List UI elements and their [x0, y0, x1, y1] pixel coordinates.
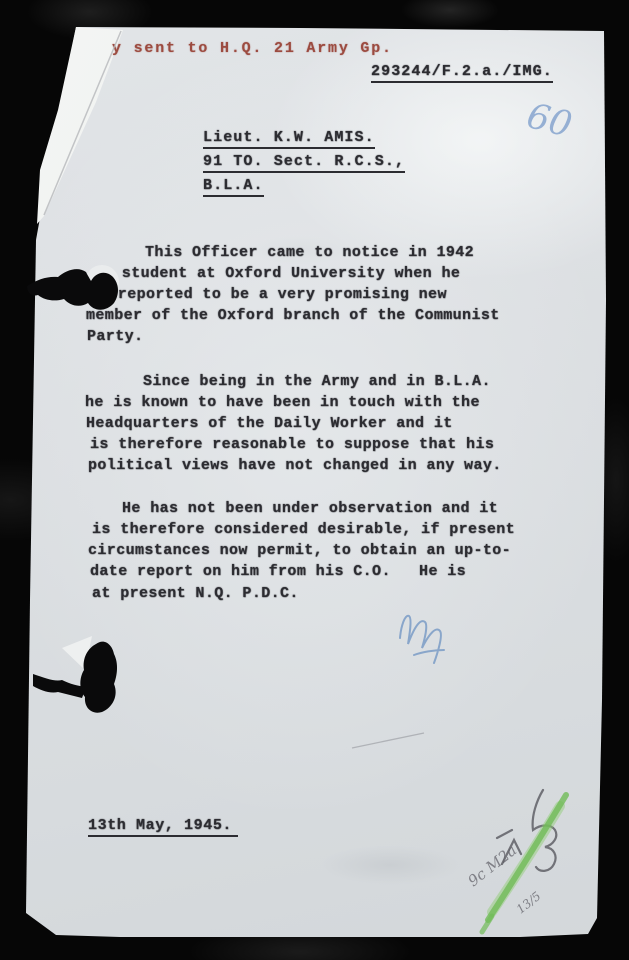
para-2-line-1: Since being in the Army and in B.L.A. — [143, 373, 491, 390]
para-1-line-3: s reported to be a very promising new — [99, 286, 447, 303]
para-3-line-3: circumstances now permit, to obtain an u… — [88, 542, 511, 559]
para-2-line-2: he is known to have been in touch with t… — [85, 394, 480, 411]
file-reference: 293244/F.2.a./IMG. — [371, 63, 553, 80]
copy-line: y sent to H.Q. 21 Army Gp. — [112, 40, 393, 57]
addressee-name: Lieut. K.W. AMIS. — [203, 129, 375, 146]
para-1-line-4: member of the Oxford branch of the Commu… — [86, 307, 500, 324]
addressee-unit: 91 TO. Sect. R.C.S., — [203, 153, 405, 170]
para-3-line-2: is therefore considered desirable, if pr… — [92, 521, 515, 538]
para-3-line-5: at present N.Q. P.D.C. — [92, 585, 299, 602]
para-1-line-2: a student at Oxford University when he — [103, 265, 460, 282]
para-1-line-5: Party. — [87, 328, 143, 345]
file-reference-text: 293244/F.2.a./IMG. — [371, 63, 553, 83]
para-3-line-1: He has not been under observation and it — [122, 500, 498, 517]
para-3-line-4: date report on him from his C.O. He is — [90, 563, 466, 580]
para-2-line-4: is therefore reasonable to suppose that … — [90, 436, 494, 453]
para-2-line-5: political views have not changed in any … — [88, 457, 502, 474]
date-line: 13th May, 1945. — [88, 817, 238, 834]
para-2-line-3: Headquarters of the Daily Worker and it — [86, 415, 453, 432]
para-1-line-1: This Officer came to notice in 1942 — [145, 244, 474, 261]
scanned-document-page: y sent to H.Q. 21 Army Gp. 293244/F.2.a.… — [0, 0, 629, 960]
addressee-army: B.L.A. — [203, 177, 264, 194]
